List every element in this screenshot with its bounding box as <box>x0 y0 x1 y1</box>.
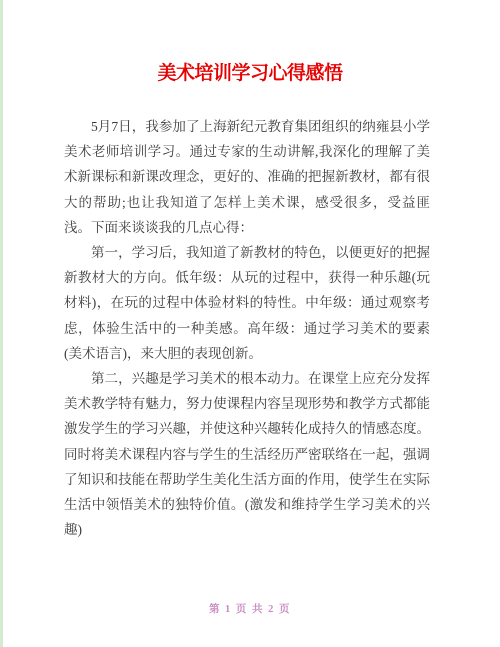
page-footer: 第 1 页 共 2 页 <box>0 601 500 616</box>
paragraph-intro: 5月7日，我参加了上海新纪元教育集团组织的纳雍县小学美术老师培训学习。通过专家的… <box>64 114 430 240</box>
page-edge-strip <box>0 0 3 647</box>
document-page: 美术培训学习心得感悟 5月7日，我参加了上海新纪元教育集团组织的纳雍县小学美术老… <box>0 0 500 647</box>
paragraph-point-one: 第一，学习后，我知道了新教材的特色，以便更好的把握新教材大的方向。低年级：从玩的… <box>64 240 430 366</box>
document-body: 5月7日，我参加了上海新纪元教育集团组织的纳雍县小学美术老师培训学习。通过专家的… <box>64 114 430 542</box>
page-number-indicator: 第 1 页 共 2 页 <box>209 604 291 615</box>
page-title: 美术培训学习心得感悟 <box>0 58 500 85</box>
paragraph-point-two: 第二，兴趣是学习美术的根本动力。在课堂上应充分发挥美术教学特有魅力，努力使课程内… <box>64 366 430 542</box>
